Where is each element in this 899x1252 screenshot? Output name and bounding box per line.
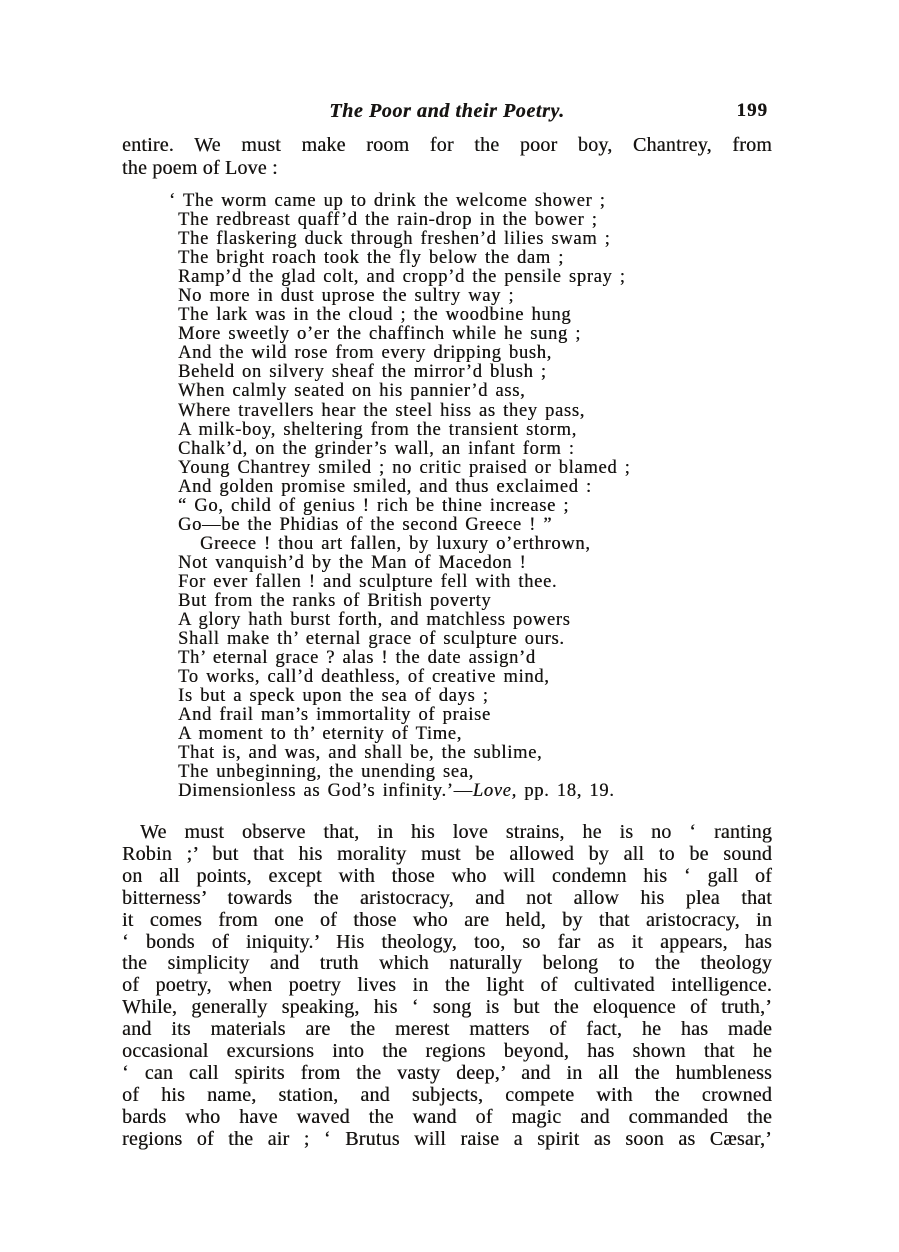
poem-line: Young Chantrey smiled ; no critic praise… <box>178 459 788 478</box>
body-paragraph: We must observe that, in his love strain… <box>122 822 772 1151</box>
paragraph-line: it comes from one of those who are held,… <box>122 910 772 932</box>
poem-line: Is but a speck upon the sea of days ; <box>178 687 788 706</box>
poem-line: Chalk’d, on the grinder’s wall, an infan… <box>178 440 788 459</box>
poem-line: Th’ eternal grace ? alas ! the date assi… <box>178 649 788 668</box>
poem-block: ‘ The worm came up to drink the welcome … <box>178 192 788 802</box>
paragraph-line: ‘ bonds of iniquity.’ His theology, too,… <box>122 932 772 954</box>
poem-line: ‘ The worm came up to drink the welcome … <box>178 192 788 211</box>
poem-line: More sweetly o’er the chaffinch while he… <box>178 325 788 344</box>
page-number: 199 <box>737 100 769 122</box>
poem-line: For ever fallen ! and sculpture fell wit… <box>178 573 788 592</box>
paragraph-line: of his name, station, and subjects, comp… <box>122 1085 772 1107</box>
paragraph-line: on all points, except with those who wil… <box>122 866 772 888</box>
paragraph-line: occasional excursions into the regions b… <box>122 1041 772 1063</box>
poem-line: The redbreast quaff’d the rain-drop in t… <box>178 211 788 230</box>
paragraph-line: bards who have waved the wand of magic a… <box>122 1107 772 1129</box>
poem-line: Ramp’d the glad colt, and cropp’d the pe… <box>178 268 788 287</box>
poem-line: The flaskering duck through freshen’d li… <box>178 230 788 249</box>
poem-line: A moment to th’ eternity of Time, <box>178 725 788 744</box>
poem-line: No more in dust uprose the sultry way ; <box>178 287 788 306</box>
paragraph-line: the simplicity and truth which naturally… <box>122 953 772 975</box>
paragraph-line: of poetry, when poetry lives in the ligh… <box>122 975 772 997</box>
citation-pages: pp. 18, 19. <box>517 781 615 801</box>
poem-line: And golden promise smiled, and thus excl… <box>178 478 788 497</box>
intro-line: entire. We must make room for the poor b… <box>122 134 772 157</box>
poem-line: Greece ! thou art fallen, by luxury o’er… <box>178 535 788 554</box>
poem-line: Go—be the Phidias of the second Greece !… <box>178 516 788 535</box>
poem-line: That is, and was, and shall be, the subl… <box>178 744 788 763</box>
running-head: The Poor and their Poetry. 199 <box>122 100 772 128</box>
paragraph-line: Robin ;’ but that his morality must be a… <box>122 844 772 866</box>
paragraph-line: While, generally speaking, his ‘ song is… <box>122 997 772 1019</box>
poem-citation-line: Dimensionless as God’s infinity.’—Love, … <box>178 782 788 801</box>
poem-line: “ Go, child of genius ! rich be thine in… <box>178 497 788 516</box>
poem-line: A milk-boy, sheltering from the transien… <box>178 421 788 440</box>
citation-text: Dimensionless as God’s infinity.’— <box>178 781 473 801</box>
poem-line: Not vanquish’d by the Man of Macedon ! <box>178 554 788 573</box>
paragraph-line: regions of the air ; ‘ Brutus will raise… <box>122 1129 772 1151</box>
poem-line: When calmly seated on his pannier’d ass, <box>178 382 788 401</box>
poem-line: Shall make th’ eternal grace of sculptur… <box>178 630 788 649</box>
running-head-title: The Poor and their Poetry. <box>122 100 772 123</box>
citation-work-title: Love, <box>473 781 517 801</box>
intro-paragraph: entire. We must make room for the poor b… <box>122 134 772 179</box>
paragraph-line: ‘ can call spirits from the vasty deep,’… <box>122 1063 772 1085</box>
paragraph-line: We must observe that, in his love strain… <box>122 822 772 844</box>
poem-line: The bright roach took the fly below the … <box>178 249 788 268</box>
poem-line: But from the ranks of British poverty <box>178 592 788 611</box>
poem-line: Beheld on silvery sheaf the mirror’d blu… <box>178 363 788 382</box>
poem-line: The unbeginning, the unending sea, <box>178 763 788 782</box>
intro-line: the poem of Love : <box>122 157 772 180</box>
poem-line: And the wild rose from every dripping bu… <box>178 344 788 363</box>
poem-line: A glory hath burst forth, and matchless … <box>178 611 788 630</box>
poem-line: And frail man’s immortality of praise <box>178 706 788 725</box>
paragraph-line: bitterness’ towards the aristocracy, and… <box>122 888 772 910</box>
scanned-page: The Poor and their Poetry. 199 entire. W… <box>0 0 899 1252</box>
poem-line: Where travellers hear the steel hiss as … <box>178 402 788 421</box>
paragraph-line: and its materials are the merest matters… <box>122 1019 772 1041</box>
poem-line: To works, call’d deathless, of creative … <box>178 668 788 687</box>
poem-line: The lark was in the cloud ; the woodbine… <box>178 306 788 325</box>
